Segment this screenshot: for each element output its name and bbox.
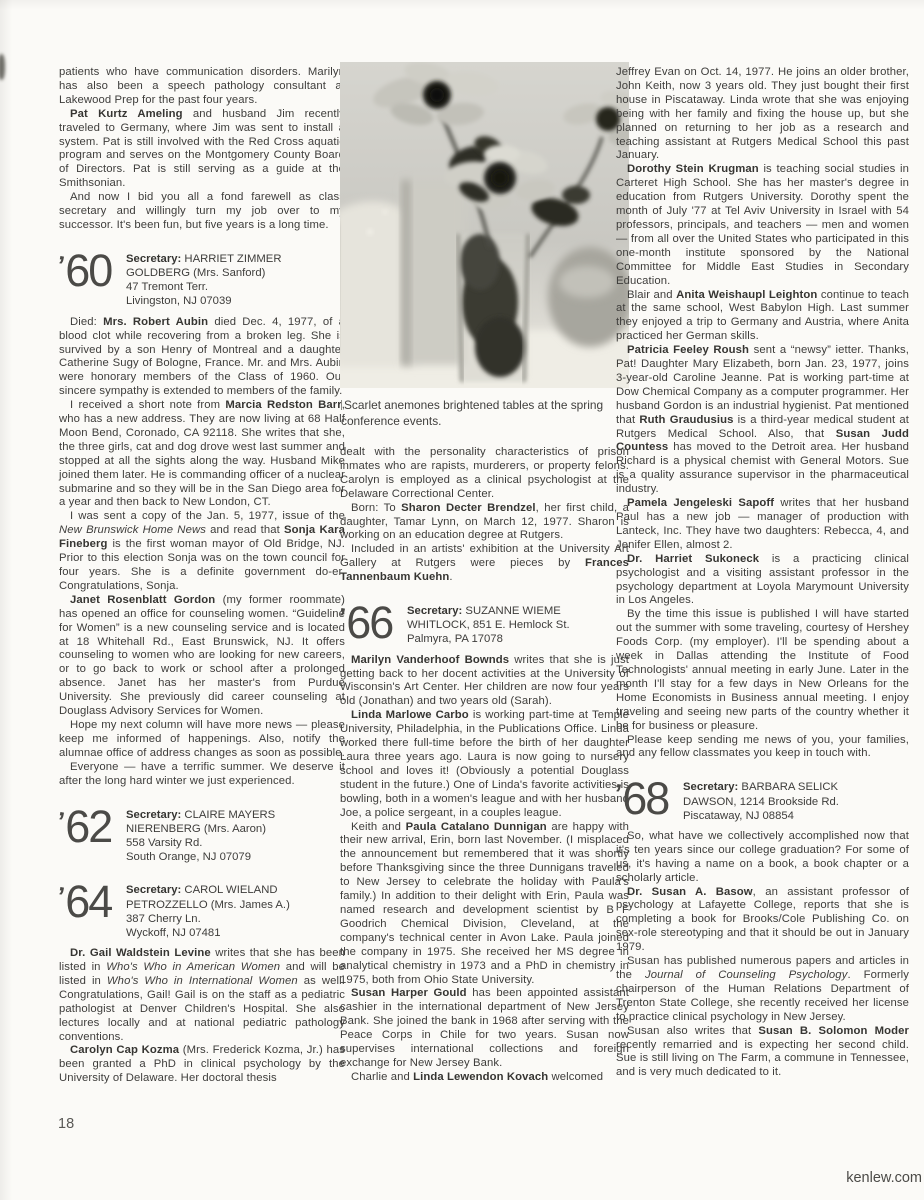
secretary-address-line: Secretary: SUZANNE WIEME — [407, 604, 570, 618]
column-right: Jeffrey Evan on Oct. 14, 1977. He joins … — [616, 66, 909, 1080]
paragraph: Dr. Susan A. Basow, an assistant profess… — [616, 886, 909, 956]
paragraph: Janet Rosenblatt Gordon (my former roomm… — [59, 594, 345, 719]
secretary-address-line: Secretary: HARRIET ZIMMER — [126, 252, 281, 266]
paragraph: Everyone — have a terrific summer. We de… — [59, 761, 345, 789]
paragraph: And now I bid you all a fond farewell as… — [59, 191, 345, 233]
class-year-section-68: ’68Secretary: BARBARA SELICKDAWSON, 1214… — [614, 779, 909, 823]
paragraph: Pat Kurtz Ameling and husband Jim recent… — [59, 108, 345, 191]
class-year-section-64: ’64Secretary: CAROL WIELANDPETROZZELLO (… — [57, 882, 345, 940]
secretary-address-line: GOLDBERG (Mrs. Sanford) — [126, 266, 281, 280]
paragraph: Died: Mrs. Robert Aubin died Dec. 4, 197… — [59, 316, 345, 399]
paragraph: I was sent a copy of the Jan. 5, 1977, i… — [59, 510, 345, 593]
photo-caption-text: Scarlet anemones brightened tables at th… — [341, 398, 603, 428]
class-year-marker: ’68 — [614, 779, 683, 819]
paragraph: dealt with the personality characteristi… — [340, 446, 629, 502]
paragraph: Included in an artists' exhibition at th… — [340, 543, 629, 585]
secretary-address-line: South Orange, NJ 07079 — [126, 850, 275, 864]
secretary-address-line: 387 Cherry Ln. — [126, 912, 290, 926]
secretary-address-line: Livingston, NJ 07039 — [126, 294, 281, 308]
year-digits: 66 — [346, 603, 392, 643]
secretary-address: Secretary: HARRIET ZIMMERGOLDBERG (Mrs. … — [126, 251, 281, 309]
paragraph: By the time this issue is published I wi… — [616, 608, 909, 733]
paragraph: Dr. Gail Waldstein Levine writes that sh… — [59, 947, 345, 1044]
year-digits: 68 — [622, 779, 668, 819]
column-middle: Scarlet anemones brightened tables at th… — [340, 62, 629, 1085]
paragraph: Marilyn Vanderhoof Bownds writes that sh… — [340, 654, 629, 710]
secretary-address-line: Palmyra, PA 17078 — [407, 632, 570, 646]
secretary-address-line: NIERENBERG (Mrs. Aaron) — [126, 822, 275, 836]
secretary-address-line: Piscataway, NJ 08854 — [683, 809, 839, 823]
year-digits: 62 — [65, 807, 111, 847]
anemones-photo-image — [340, 62, 629, 388]
watermark: kenlew.com — [846, 1170, 922, 1186]
paragraph: Susan also writes that Susan B. Solomon … — [616, 1025, 909, 1081]
secretary-address: Secretary: BARBARA SELICKDAWSON, 1214 Br… — [683, 779, 839, 823]
class-year-marker: ’66 — [338, 603, 407, 643]
paragraph: Born: To Sharon Decter Brendzel, her fir… — [340, 502, 629, 544]
secretary-address: Secretary: CAROL WIELANDPETROZZELLO (Mrs… — [126, 882, 290, 940]
paragraph: Please keep sending me news of you, your… — [616, 734, 909, 762]
paragraph: Carolyn Cap Kozma (Mrs. Frederick Kozma,… — [59, 1044, 345, 1086]
secretary-address-line: 47 Tremont Terr. — [126, 280, 281, 294]
paragraph: Linda Marlowe Carbo is working part-time… — [340, 709, 629, 820]
paragraph: Charlie and Linda Lewendon Kovach welcom… — [340, 1071, 629, 1085]
paragraph: Dorothy Stein Krugman is teaching social… — [616, 163, 909, 288]
secretary-address-line: 558 Varsity Rd. — [126, 836, 275, 850]
photo-anemones — [340, 62, 629, 388]
column-left: patients who have communication disorder… — [59, 66, 345, 1086]
class-year-marker: ’64 — [57, 882, 126, 922]
paragraph: patients who have communication disorder… — [59, 66, 345, 108]
paragraph: Susan Harper Gould has been appointed as… — [340, 987, 629, 1070]
class-year-marker: ’62 — [57, 807, 126, 847]
paragraph: I received a short note from Marcia Reds… — [59, 399, 345, 510]
magazine-page: patients who have communication disorder… — [0, 0, 924, 1200]
page-number: 18 — [58, 1116, 74, 1132]
class-year-section-62: ’62Secretary: CLAIRE MAYERSNIERENBERG (M… — [57, 807, 345, 865]
secretary-address-line: Secretary: BARBARA SELICK — [683, 780, 839, 794]
paragraph: Jeffrey Evan on Oct. 14, 1977. He joins … — [616, 66, 909, 163]
secretary-address-line: Secretary: CAROL WIELAND — [126, 883, 290, 897]
paragraph: So, what have we collectively accomplish… — [616, 830, 909, 886]
paragraph: Keith and Paula Catalano Dunnigan are ha… — [340, 821, 629, 988]
secretary-address-line: Secretary: CLAIRE MAYERS — [126, 808, 275, 822]
secretary-address: Secretary: SUZANNE WIEMEWHITLOCK, 851 E.… — [407, 603, 570, 647]
secretary-address-line: DAWSON, 1214 Brookside Rd. — [683, 795, 839, 809]
paragraph: Susan has published numerous papers and … — [616, 955, 909, 1025]
paragraph: Patricia Feeley Roush sent a “newsy” iet… — [616, 344, 909, 497]
class-year-section-60: ’60Secretary: HARRIET ZIMMERGOLDBERG (Mr… — [57, 251, 345, 309]
class-year-section-66: ’66Secretary: SUZANNE WIEMEWHITLOCK, 851… — [338, 603, 629, 647]
year-digits: 64 — [65, 882, 111, 922]
secretary-address: Secretary: CLAIRE MAYERSNIERENBERG (Mrs.… — [126, 807, 275, 865]
secretary-address-line: WHITLOCK, 851 E. Hemlock St. — [407, 618, 570, 632]
secretary-address-line: PETROZZELLO (Mrs. James A.) — [126, 898, 290, 912]
year-digits: 60 — [65, 251, 111, 291]
paragraph: Hope my next column will have more news … — [59, 719, 345, 761]
photo-caption: Scarlet anemones brightened tables at th… — [341, 397, 629, 429]
class-year-marker: ’60 — [57, 251, 126, 291]
paragraph: Pamela Jengeleski Sapoff writes that her… — [616, 497, 909, 553]
column-middle-text: dealt with the personality characteristi… — [340, 446, 629, 1085]
paragraph: Dr. Harriet Sukoneck is a practicing cli… — [616, 553, 909, 609]
scan-edge-mark — [0, 54, 5, 80]
secretary-address-line: Wyckoff, NJ 07481 — [126, 926, 290, 940]
scan-tick-mark — [341, 400, 342, 410]
paragraph: Blair and Anita Weishaupl Leighton conti… — [616, 289, 909, 345]
